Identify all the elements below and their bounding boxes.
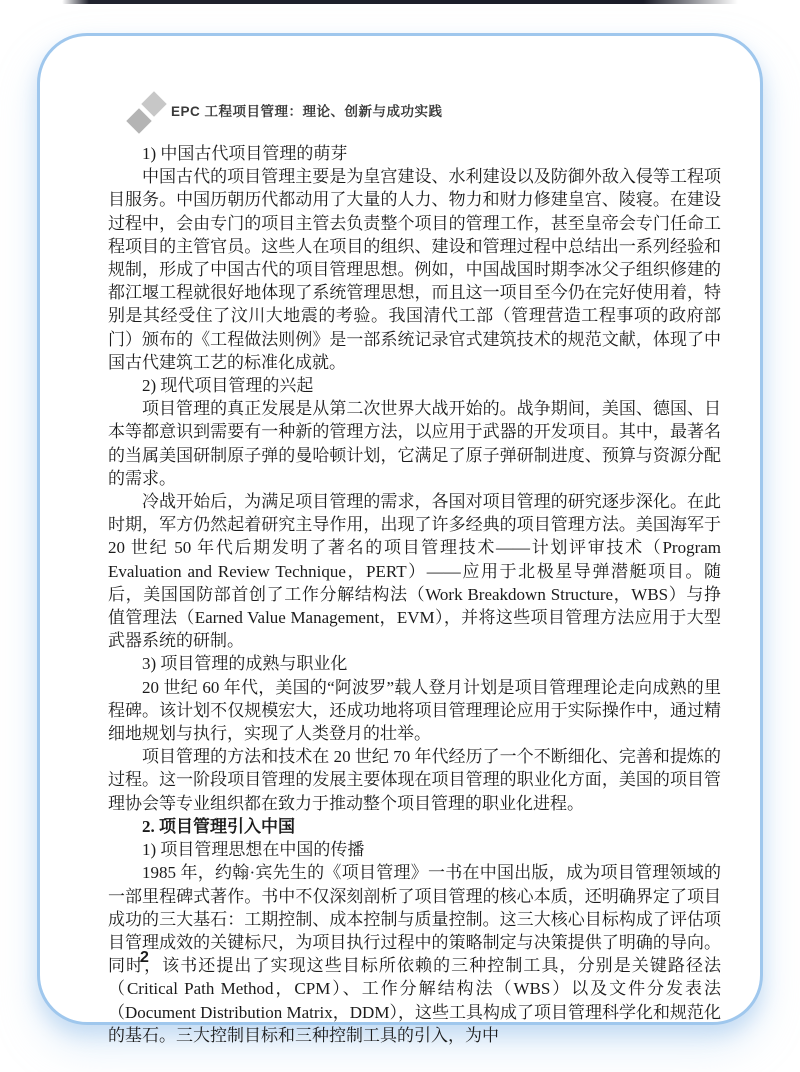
diamond-icon [126,108,151,133]
paragraph: 冷战开始后，为满足项目管理的需求，各国对项目管理的研究逐步深化。在此时期，军方仍… [108,490,721,652]
subheading: 1) 项目管理思想在中国的传播 [108,838,721,861]
paragraph: 1985 年，约翰·宾先生的《项目管理》一书在中国出版，成为项目管理领域的一部里… [108,861,721,1047]
subheading: 3) 项目管理的成熟与职业化 [108,652,721,675]
book-page: EPC 工程项目管理：理论、创新与成功实践 1) 中国古代项目管理的萌芽 中国古… [37,33,763,1025]
window-top-edge [62,0,738,4]
paragraph: 20 世纪 60 年代，美国的“阿波罗”载人登月计划是项目管理理论走向成熟的里程… [108,676,721,746]
page-body: 1) 中国古代项目管理的萌芽 中国古代的项目管理主要是为皇宫建设、水利建设以及防… [108,142,721,1047]
subheading: 2) 现代项目管理的兴起 [108,374,721,397]
paragraph: 项目管理的真正发展是从第二次世界大战开始的。战争期间，美国、德国、日本等都意识到… [108,397,721,490]
running-header-title: EPC 工程项目管理：理论、创新与成功实践 [171,100,443,120]
paragraph: 项目管理的方法和技术在 20 世纪 70 年代经历了一个不断细化、完善和提炼的过… [108,745,721,815]
subheading: 1) 中国古代项目管理的萌芽 [108,142,721,165]
paragraph: 中国古代的项目管理主要是为皇宫建设、水利建设以及防御外敌入侵等工程项目服务。中国… [108,165,721,374]
page-number: 2 [140,949,149,967]
section-heading: 2. 项目管理引入中国 [108,815,721,838]
diamond-icon [141,91,166,116]
